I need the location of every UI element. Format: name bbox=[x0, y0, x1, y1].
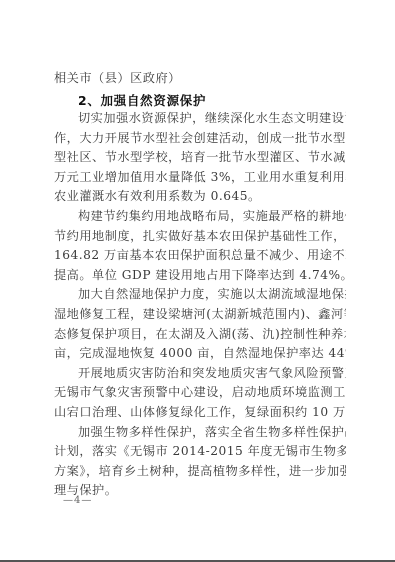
paragraph-5-line-2: 计划，落实《无锡市 2014-2015 年度无锡市生物多样性保护实施 bbox=[54, 444, 346, 458]
paragraph-1-line-3: 型社区、节水型学校，培育一批节水型灌区、节水减排示范项目。 bbox=[54, 150, 346, 164]
paragraph-1-line-1: 切实加强水资源保护，继续深化水生态文明建设试点示范工 bbox=[78, 111, 346, 125]
paragraph-4-line-2: 无锡市气象灾害预警中心建设，启动地质环境监测工作，开展矿 bbox=[54, 385, 346, 399]
continuation-text: 相关市（县）区政府） bbox=[54, 71, 346, 85]
paragraph-2-line-3: 164.82 万亩基本农田保护面积总量不减少、用途不改变、质量有 bbox=[54, 248, 346, 262]
document-page: 相关市（县）区政府） 2、加强自然资源保护 切实加强水资源保护，继续深化水生态文… bbox=[0, 0, 395, 560]
paragraph-3-line-1: 加大自然湿地保护力度，实施以太湖流域湿地保护为重点的 bbox=[78, 287, 346, 301]
paragraph-4-line-3: 山宕口治理、山体修复绿化工作，复绿面积约 10 万平方米。 bbox=[54, 405, 346, 419]
paragraph-5-line-1: 加强生物多样性保护，落实全省生物多样性保护战略和行动 bbox=[78, 425, 346, 439]
paragraph-5-line-3: 方案》，培育乡土树种，提高植物多样性，进一步加强野生动物管 bbox=[54, 464, 346, 478]
paragraph-4-line-1: 开展地质灾害防治和突发地质灾害气象风险预警工作，推进 bbox=[78, 366, 346, 380]
paragraph-3-line-4: 亩，完成湿地恢复 4000 亩，自然湿地保护率达 44%。 bbox=[54, 346, 346, 360]
paragraph-1-line-5: 农业灌溉水有效利用系数为 0.645。 bbox=[54, 189, 346, 203]
page-number: —4— bbox=[63, 495, 92, 506]
paragraph-3-line-3: 态修复保护项目，在太湖及入湖(荡、氿)控制性种养水葫芦 6000 bbox=[54, 327, 346, 341]
paragraph-1-line-4: 万元工业增加值用水量降低 3%，工业用水重复利用率达到 77%， bbox=[54, 170, 346, 184]
paragraph-3-line-2: 湿地修复工程，建设梁塘河(太湖新城范围内)、鑫河等一批水生 bbox=[54, 307, 346, 321]
paragraph-5-line-4: 理与保护。 bbox=[54, 483, 346, 497]
section-heading: 2、加强自然资源保护 bbox=[78, 91, 206, 109]
paragraph-2-line-1: 构建节约集约用地战略布局，实施最严格的耕地保护制度和 bbox=[78, 209, 346, 223]
paragraph-2-line-2: 节约用地制度，扎实做好基本农田保护基础性工作，确保全市 bbox=[54, 229, 346, 243]
paragraph-2-line-4: 提高。单位 GDP 建设用地占用下降率达到 4.74%。 bbox=[54, 268, 346, 282]
paragraph-1-line-2: 作，大力开展节水型社会创建活动，创成一批节水型企业、节水 bbox=[54, 131, 346, 145]
